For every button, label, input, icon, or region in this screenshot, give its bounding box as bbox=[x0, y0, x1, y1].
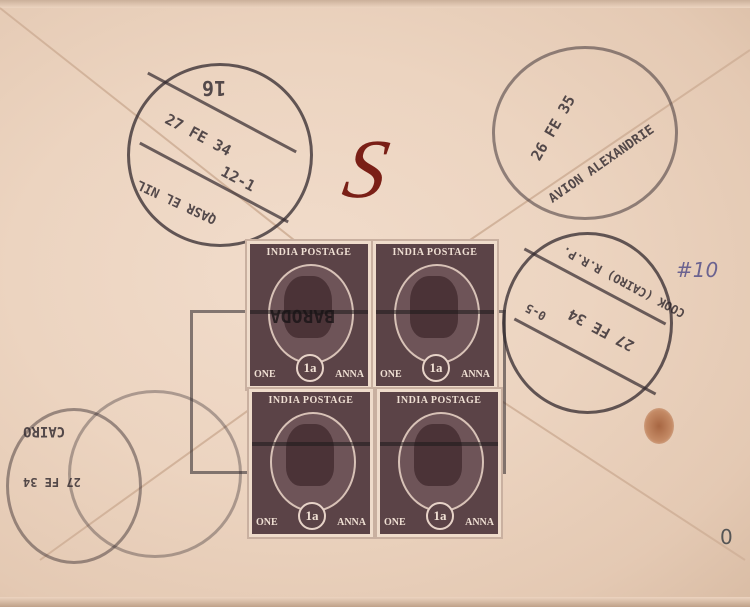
postmark-extra: 0-5 bbox=[523, 301, 549, 324]
pencil-note: #10 bbox=[676, 258, 718, 282]
stamp: INDIA POSTAGE ONEANNA 1a bbox=[380, 392, 498, 534]
stamp-block: INDIA POSTAGE ONEANNA 1a INDIA POSTAGE O… bbox=[246, 240, 496, 536]
king-portrait bbox=[286, 424, 334, 486]
postmark-ring-text: QASR EL NIL bbox=[135, 177, 219, 227]
postmark-ring-text: CAIRO bbox=[23, 423, 65, 439]
postmark-ring-text: AVION ALEXANDRIE bbox=[546, 122, 657, 206]
cancel-bar bbox=[252, 442, 370, 446]
stamp: INDIA POSTAGE ONEANNA 1a bbox=[252, 392, 370, 534]
stamp: INDIA POSTAGE ONEANNA 1a bbox=[376, 244, 494, 386]
stain bbox=[644, 408, 674, 444]
postmark-date: 27 FE 34 bbox=[162, 110, 234, 160]
backstamp-letter: S bbox=[338, 128, 395, 212]
baroda-overprint: BARODA bbox=[270, 305, 335, 326]
postmark-date: 26 FE 35 bbox=[527, 92, 579, 164]
envelope-top-edge bbox=[0, 0, 750, 8]
postmark-extra: 12-1 bbox=[218, 163, 258, 196]
king-portrait bbox=[414, 424, 462, 486]
postmark-top-left: 16 27 FE 34 12-1 QASR EL NIL bbox=[127, 63, 313, 247]
postmark-top-right: 26 FE 35 AVION ALEXANDRIE bbox=[492, 46, 678, 220]
postmark-right: COOK (CAIRO) R.R.P. 27 FE 34 0-5 bbox=[502, 232, 673, 414]
envelope-back: S 16 27 FE 34 12-1 QASR EL NIL 26 FE 35 … bbox=[0, 0, 750, 607]
envelope-bottom-edge bbox=[0, 597, 750, 607]
postmark-top-number: 16 bbox=[202, 76, 226, 100]
corner-mark: 0 bbox=[720, 525, 733, 549]
cancel-bar bbox=[376, 310, 494, 314]
cancel-bar bbox=[380, 442, 498, 446]
postmark-date: 27 FE 34 bbox=[565, 305, 637, 355]
king-portrait bbox=[410, 276, 458, 338]
